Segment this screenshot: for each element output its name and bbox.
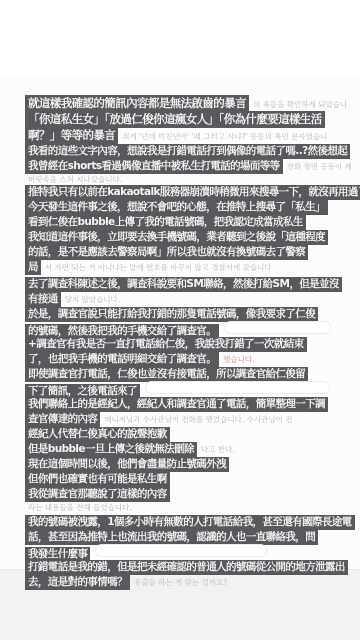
translated-line: 即使調查官打電話，仁俊也並沒有接電話，所以調查官給仁俊留 [25, 367, 350, 382]
faded-korean-suffix: 닿지 않았습니다. [65, 295, 120, 304]
translated-line: 話，甚至因為推特上也流出我的號碼，認識的人也一直聯絡我，問 [25, 530, 350, 545]
translated-line: 的號碼，然後我把我的手機交給了調查官。 [25, 322, 350, 337]
translated-line: 推特我只有以前在kakaotalk服務器崩潰時稍微用來搜尋一下，就沒再用過了 [25, 185, 350, 200]
translated-line: 下了簡訊，之後電話來了 [25, 382, 350, 397]
faded-korean-line: 라는 내용들을 전해 들었습니다. [28, 502, 350, 513]
translated-line: 去了調查科陳述之後，調查科說要和SM聯絡，然後打給SM，但是並沒 [25, 277, 350, 292]
highlighted-translation-text: 查官傳達的內容 [25, 412, 100, 427]
translated-line: 但你們也確實也有可能是私生啊 [25, 472, 350, 487]
translated-post-image: 就這樣我確認的簡訊內容都是無法啟齒的暴言의 욕들을 확인하게 되었습니「你這私生… [0, 78, 360, 570]
highlighted-translation-text: 話，甚至因為推特上也流出我的號碼，認識的人也一直聯絡我，問 [25, 530, 318, 545]
translated-line: +調查官有我是否一直打電話給仁俊，我說我打錯了一次就結束 [25, 337, 350, 352]
highlighted-translation-text: 去，這是對的事情嗎？ [25, 575, 130, 590]
highlighted-translation-text: 於是，調查官說只能打給我打錯的那隻電話號碼，像我要求了仁俊 [25, 307, 318, 322]
top-white-margin [0, 0, 360, 78]
faded-korean-suffix: 유출을 하는 게 맞는 걸까요? [134, 578, 227, 587]
translated-line: 經紀人代替仁俊真心的說聲抱歉 [25, 427, 350, 442]
translated-line: 去，這是對的事情嗎？유출을 하는 게 맞는 걸까요? [25, 575, 350, 590]
translated-line: 我們聯絡上的是經紀人，經紀人和調查官通了電話，簡單整理一下調 [25, 397, 350, 412]
highlighted-translation-text: 我們聯絡上的是經紀人，經紀人和調查官通了電話，簡單整理一下調 [25, 397, 328, 412]
highlighted-translation-text: 看到仁俊在bubble上傳了我的電話號碼，把我認定成當成私生 [25, 215, 306, 230]
highlighted-translation-text: 的話，是不是應該去警察局啊」所以我也就沒有換號碼去了警察 [25, 245, 308, 260]
redacted-area [146, 382, 329, 393]
translated-line: 打錯電話是我的錯，但是把未經確認的普通人的號碼從公開的地方泄露出 [25, 560, 350, 575]
highlighted-translation-text: 啊？」等等的暴言 [25, 127, 118, 144]
translated-line: 我發生什麼事 [25, 545, 350, 560]
translated-line: 「你這私生女」「放過仁俊你這瘋女人」「你為什麼要這樣生活 [25, 112, 350, 128]
translated-line: 我知道這件事後，立即要去換手機號碼，業者聽到之後說「這種程度 [25, 230, 350, 245]
translated-line: 但是bubble一旦上傳之後就無法刪除다고 한다. [25, 442, 350, 457]
translated-line: 就這樣我確認的簡訊內容都是無法啟齒的暴言의 욕들을 확인하게 되었습니 [25, 96, 350, 112]
highlighted-translation-text: 現在這個時間以後，他們會盡量防止號碼外洩 [25, 457, 229, 472]
highlighted-translation-text: 今天發生這件事之後，想說不會吧的心態，在推特上搜尋了「私生」 [25, 200, 328, 215]
highlighted-translation-text: 「你這私生女」「放過仁俊你這瘋女人」「你為什麼要這樣生活 [25, 111, 325, 128]
translated-line: 查官傳達的內容매니저님과 수사관님이 전화를 했었습니다. 수사관님이 전 [25, 412, 350, 427]
highlighted-translation-text: 我曾經在shorts看過偶像直播中被私生打電話的場面等等 [25, 159, 283, 174]
faded-korean-line: 머릿속을 스쳐 지나갔습니다. [28, 174, 350, 185]
redacted-area [225, 322, 330, 333]
highlighted-translation-text: 局 [25, 260, 41, 275]
highlighted-translation-text: 我的號碼被洩露，1個多小時有無數的人打電話給我，甚至還有國際長途電 [25, 515, 355, 530]
highlighted-translation-text: 經紀人代替仁俊真心的說聲抱歉 [25, 427, 170, 442]
faded-korean-suffix: 했습니다. [223, 355, 254, 364]
highlighted-translation-text: 去了調查科陳述之後，調查科說要和SM聯絡，然後打給SM，但是並沒 [25, 277, 342, 292]
translated-line: 有接通닿지 않았습니다. [25, 292, 350, 307]
phone-screenshot: 就這樣我確認的簡訊內容都是無法啟齒的暴言의 욕들을 확인하게 되었습니「你這私生… [0, 0, 360, 640]
highlighted-translation-text: 推特我只有以前在kakaotalk服務器崩潰時稍微用來搜尋一下，就沒再用過了 [25, 185, 360, 200]
highlighted-translation-text: 我知道這件事後，立即要去換手機號碼，業者聽到之後說「這種程度 [25, 230, 328, 245]
faded-korean-suffix: 전화 장면 등등이 제 [287, 162, 352, 171]
faded-korean-suffix: 의 욕들을 확인하게 되었습니 [253, 100, 347, 109]
highlighted-translation-text: 但你們也確實也有可能是私生啊 [25, 472, 170, 487]
highlighted-translation-text: 了，也把我手機的電話明細交給了調查官。 [25, 352, 219, 367]
highlighted-translation-text: 我從調查官那聽說了這樣的內容 [25, 487, 170, 502]
faded-korean-suffix: 다고 한다. [201, 445, 235, 454]
faded-korean-suffix: 쉬게 '넌데 미친년아' '왜 그러고 사냐?' 등등의 폭언 문자였습니 [122, 132, 327, 141]
translated-line: 我的號碼被洩露，1個多小時有無數的人打電話給我，甚至還有國際長途電 [25, 515, 350, 530]
highlighted-translation-text: 即使調查官打電話，仁俊也並沒有接電話，所以調查官給仁俊留 [25, 367, 308, 382]
redacted-area [96, 545, 266, 556]
text-lines: 就這樣我確認的簡訊內容都是無法啟齒的暴言의 욕들을 확인하게 되었습니「你這私生… [0, 78, 360, 590]
highlighted-translation-text: +調查官有我是否一直打電話給仁俊，我說我打錯了一次就結束 [25, 337, 307, 352]
translated-line: 於是，調查官說只能打給我打錯的那隻電話號碼，像我要求了仁俊 [25, 307, 350, 322]
highlighted-translation-text: 但是bubble一旦上傳之後就無法刪除 [25, 442, 197, 457]
translated-line: 我看的這些文字內容，想說我是打錯電話打到偶像的電話了嗎..?然後想起 [25, 144, 350, 159]
highlighted-translation-text: 有接通 [25, 292, 61, 307]
translated-line: 啊？」等等的暴言쉬게 '넌데 미친년아' '왜 그러고 사냐?' 등등의 폭언 … [25, 128, 350, 144]
translated-line: 今天發生這件事之後，想說不會吧的心態，在推特上搜尋了「私生」 [25, 200, 350, 215]
translated-line: 現在這個時間以後，他們會盡量防止號碼外洩 [25, 457, 350, 472]
highlighted-translation-text: 打錯電話是我的錯，但是把未經確認的普通人的號碼從公開的地方泄露出 [25, 560, 348, 575]
highlighted-translation-text: 就這樣我確認的簡訊內容都是無法啟齒的暴言 [25, 95, 249, 112]
highlighted-translation-text: 我看的這些文字內容，想說我是打錯電話打到偶像的電話了嗎..?然後想起 [25, 144, 350, 159]
faded-korean-suffix: 서 가면 되는 거 아니냐는 말에 번호를 바꾸지 않고 경찰서에 갔습니다 [45, 263, 272, 272]
translated-line: 的話，是不是應該去警察局啊」所以我也就沒有換號碼去了警察 [25, 245, 350, 260]
translated-line: 局서 가면 되는 거 아니냐는 말에 번호를 바꾸지 않고 경찰서에 갔습니다 [25, 260, 350, 275]
translated-line: 了，也把我手機的電話明細交給了調查官。했습니다. [25, 352, 350, 367]
translated-line: 我從調查官那聽說了這樣的內容 [25, 487, 350, 502]
translated-line: 我曾經在shorts看過偶像直播中被私生打電話的場面等等전화 장면 등등이 제 [25, 159, 350, 174]
faded-korean-suffix: 매니저님과 수사관님이 전화를 했었습니다. 수사관님이 전 [104, 415, 292, 424]
translated-line: 看到仁俊在bubble上傳了我的電話號碼，把我認定成當成私生 [25, 215, 350, 230]
